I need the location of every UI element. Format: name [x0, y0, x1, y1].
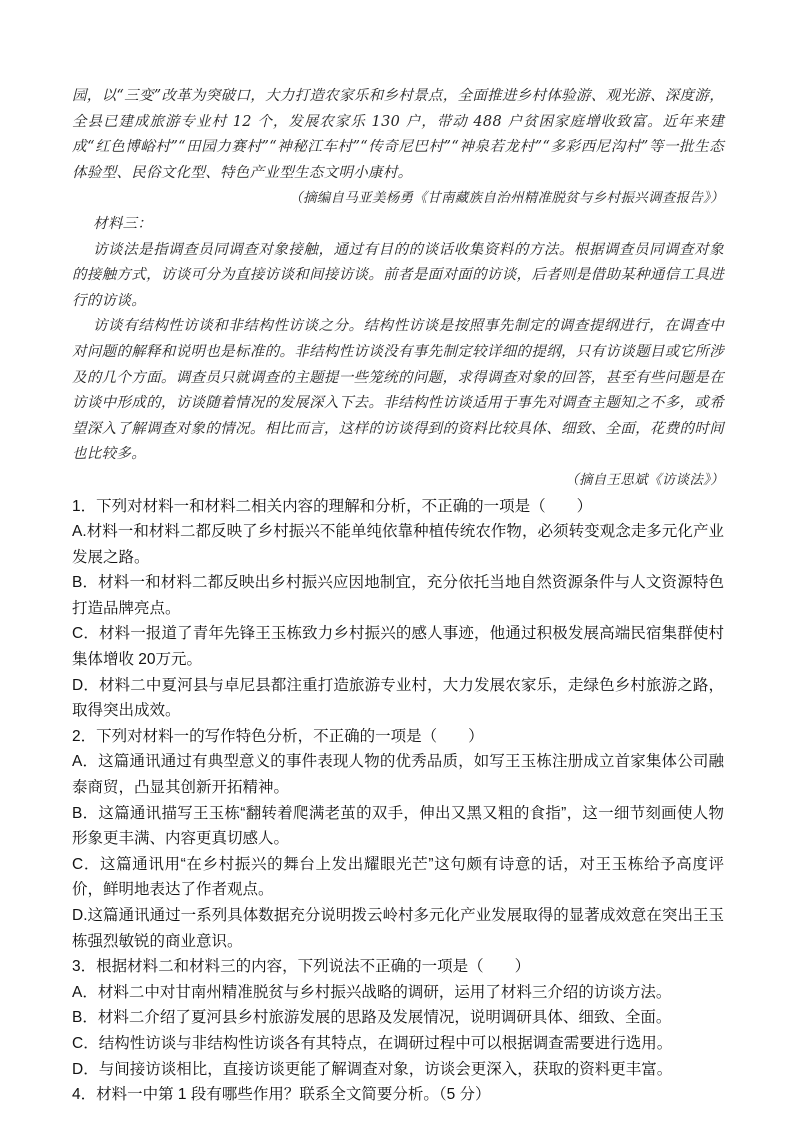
question-2: 2．下列对材料一的写作特色分析，不正确的一项是（ ） A．这篇通讯通过有典型意义… — [72, 724, 724, 954]
question-2-option-b: B．这篇通讯描写王玉栋“翻转着爬满老茧的双手，伸出又黑又粗的食指”，这一细节刻画… — [72, 801, 724, 852]
material-three-heading: 材料三： — [72, 212, 724, 238]
question-3-stem: 3．根据材料二和材料三的内容，下列说法不正确的一项是（ ） — [72, 954, 724, 980]
question-2-option-c: C．这篇通讯用“在乡村振兴的舞台上发出耀眼光芒”这句颇有诗意的话，对王玉栋给予高… — [72, 852, 724, 903]
material-two-continuation-text: 园，以“三变”改革为突破口，大力打造农家乐和乡村景点，全面推进乡村体验游、观光游… — [72, 84, 724, 186]
question-4-stem: 4．材料一中第 1 段有哪些作用？联系全文简要分析。（5 分） — [72, 1082, 724, 1108]
material-three-paragraph-2: 访谈有结构性访谈和非结构性访谈之分。结构性访谈是按照事先制定的调查提纲进行，在调… — [72, 314, 724, 468]
material-three-paragraph-1: 访谈法是指调查员同调查对象接触，通过有目的的谈话收集资料的方法。根据调查员同调查… — [72, 238, 724, 315]
question-3-option-d: D．与间接访谈相比，直接访谈更能了解调查对象，访谈会更深入，获取的资料更丰富。 — [72, 1057, 724, 1083]
question-3: 3．根据材料二和材料三的内容，下列说法不正确的一项是（ ） A．材料二中对甘南州… — [72, 954, 724, 1082]
question-2-option-d: D.这篇通讯通过一系列具体数据充分说明拨云岭村多元化产业发展取得的显著成效意在突… — [72, 903, 724, 954]
question-4: 4．材料一中第 1 段有哪些作用？联系全文简要分析。（5 分） — [72, 1082, 724, 1108]
question-1-option-a: A.材料一和材料二都反映了乡村振兴不能单纯依靠种植传统农作物，必须转变观念走多元… — [72, 519, 724, 570]
question-1-stem: 1．下列对材料一和材料二相关内容的理解和分析，不正确的一项是（ ） — [72, 494, 724, 520]
question-2-option-a: A．这篇通讯通过有典型意义的事件表现人物的优秀品质，如写王玉栋注册成立首家集体公… — [72, 749, 724, 800]
question-2-stem: 2．下列对材料一的写作特色分析，不正确的一项是（ ） — [72, 724, 724, 750]
question-3-option-b: B．材料二介绍了夏河县乡村旅游发展的思路及发展情况，说明调研具体、细致、全面。 — [72, 1005, 724, 1031]
question-3-option-c: C．结构性访谈与非结构性访谈各有其特点，在调研过程中可以根据调查需要进行选用。 — [72, 1031, 724, 1057]
question-3-option-a: A．材料二中对甘南州精准脱贫与乡村振兴战略的调研，运用了材料三介绍的访谈方法。 — [72, 980, 724, 1006]
question-1: 1．下列对材料一和材料二相关内容的理解和分析，不正确的一项是（ ） A.材料一和… — [72, 494, 724, 724]
exam-document-page: 园，以“三变”改革为突破口，大力打造农家乐和乡村景点，全面推进乡村体验游、观光游… — [0, 0, 794, 1123]
question-1-option-c: C．材料一报道了青年先锋王玉栋致力乡村振兴的感人事迹，他通过积极发展高端民宿集群… — [72, 621, 724, 672]
question-1-option-b: B．材料一和材料二都反映出乡村振兴应因地制宜，充分依托当地自然资源条件与人文资源… — [72, 570, 724, 621]
question-1-option-d: D．材料二中夏河县与卓尼县都注重打造旅游专业村，大力发展农家乐，走绿色乡村旅游之… — [72, 673, 724, 724]
material-three-citation: （摘自王思斌《访谈法》） — [72, 468, 724, 494]
material-two-citation: （摘编自马亚美杨勇《甘南藏族自治州精准脱贫与乡村振兴调查报告》） — [72, 186, 724, 212]
